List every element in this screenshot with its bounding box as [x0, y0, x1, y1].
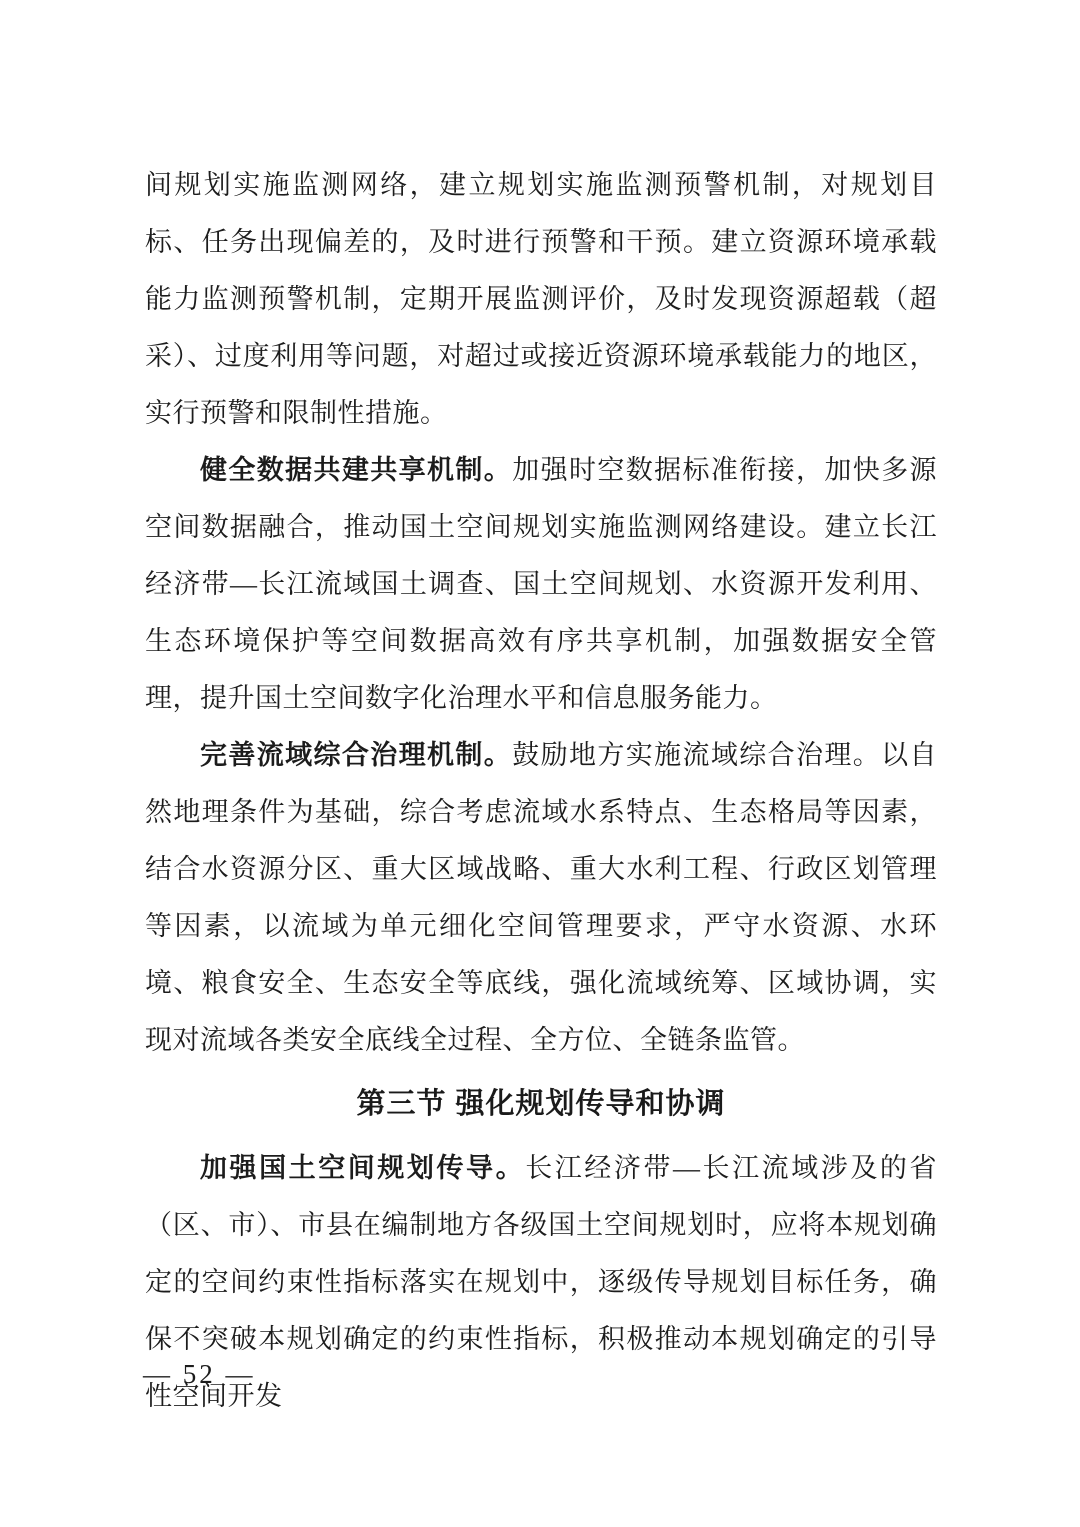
paragraph-body: 加强时空数据标准衔接，加快多源空间数据融合，推动国土空间规划实施监测网络建设。建…	[145, 455, 937, 713]
document-page: 间规划实施监测网络，建立规划实施监测预警机制，对规划目标、任务出现偏差的，及时进…	[0, 0, 1080, 1527]
paragraph: 间规划实施监测网络，建立规划实施监测预警机制，对规划目标、任务出现偏差的，及时进…	[145, 157, 937, 442]
paragraph: 完善流域综合治理机制。鼓励地方实施流域综合治理。以自然地理条件为基础，综合考虑流…	[145, 727, 937, 1069]
section-heading: 第三节 强化规划传导和协调	[145, 1076, 937, 1133]
paragraph-lead: 完善流域综合治理机制。	[200, 740, 512, 770]
paragraph-lead: 健全数据共建共享机制。	[200, 455, 512, 485]
paragraph-body: 鼓励地方实施流域综合治理。以自然地理条件为基础，综合考虑流域水系特点、生态格局等…	[145, 740, 937, 1055]
paragraph-lead: 加强国土空间规划传导。	[200, 1153, 525, 1183]
page-number: — 52 —	[143, 1357, 256, 1391]
page-content: 间规划实施监测网络，建立规划实施监测预警机制，对规划目标、任务出现偏差的，及时进…	[145, 0, 937, 1425]
paragraph: 健全数据共建共享机制。加强时空数据标准衔接，加快多源空间数据融合，推动国土空间规…	[145, 442, 937, 727]
paragraph: 加强国土空间规划传导。长江经济带—长江流域涉及的省（区、市）、市县在编制地方各级…	[145, 1140, 937, 1425]
paragraph-body: 长江经济带—长江流域涉及的省（区、市）、市县在编制地方各级国土空间规划时，应将本…	[145, 1153, 937, 1411]
paragraph-body: 间规划实施监测网络，建立规划实施监测预警机制，对规划目标、任务出现偏差的，及时进…	[145, 170, 937, 428]
